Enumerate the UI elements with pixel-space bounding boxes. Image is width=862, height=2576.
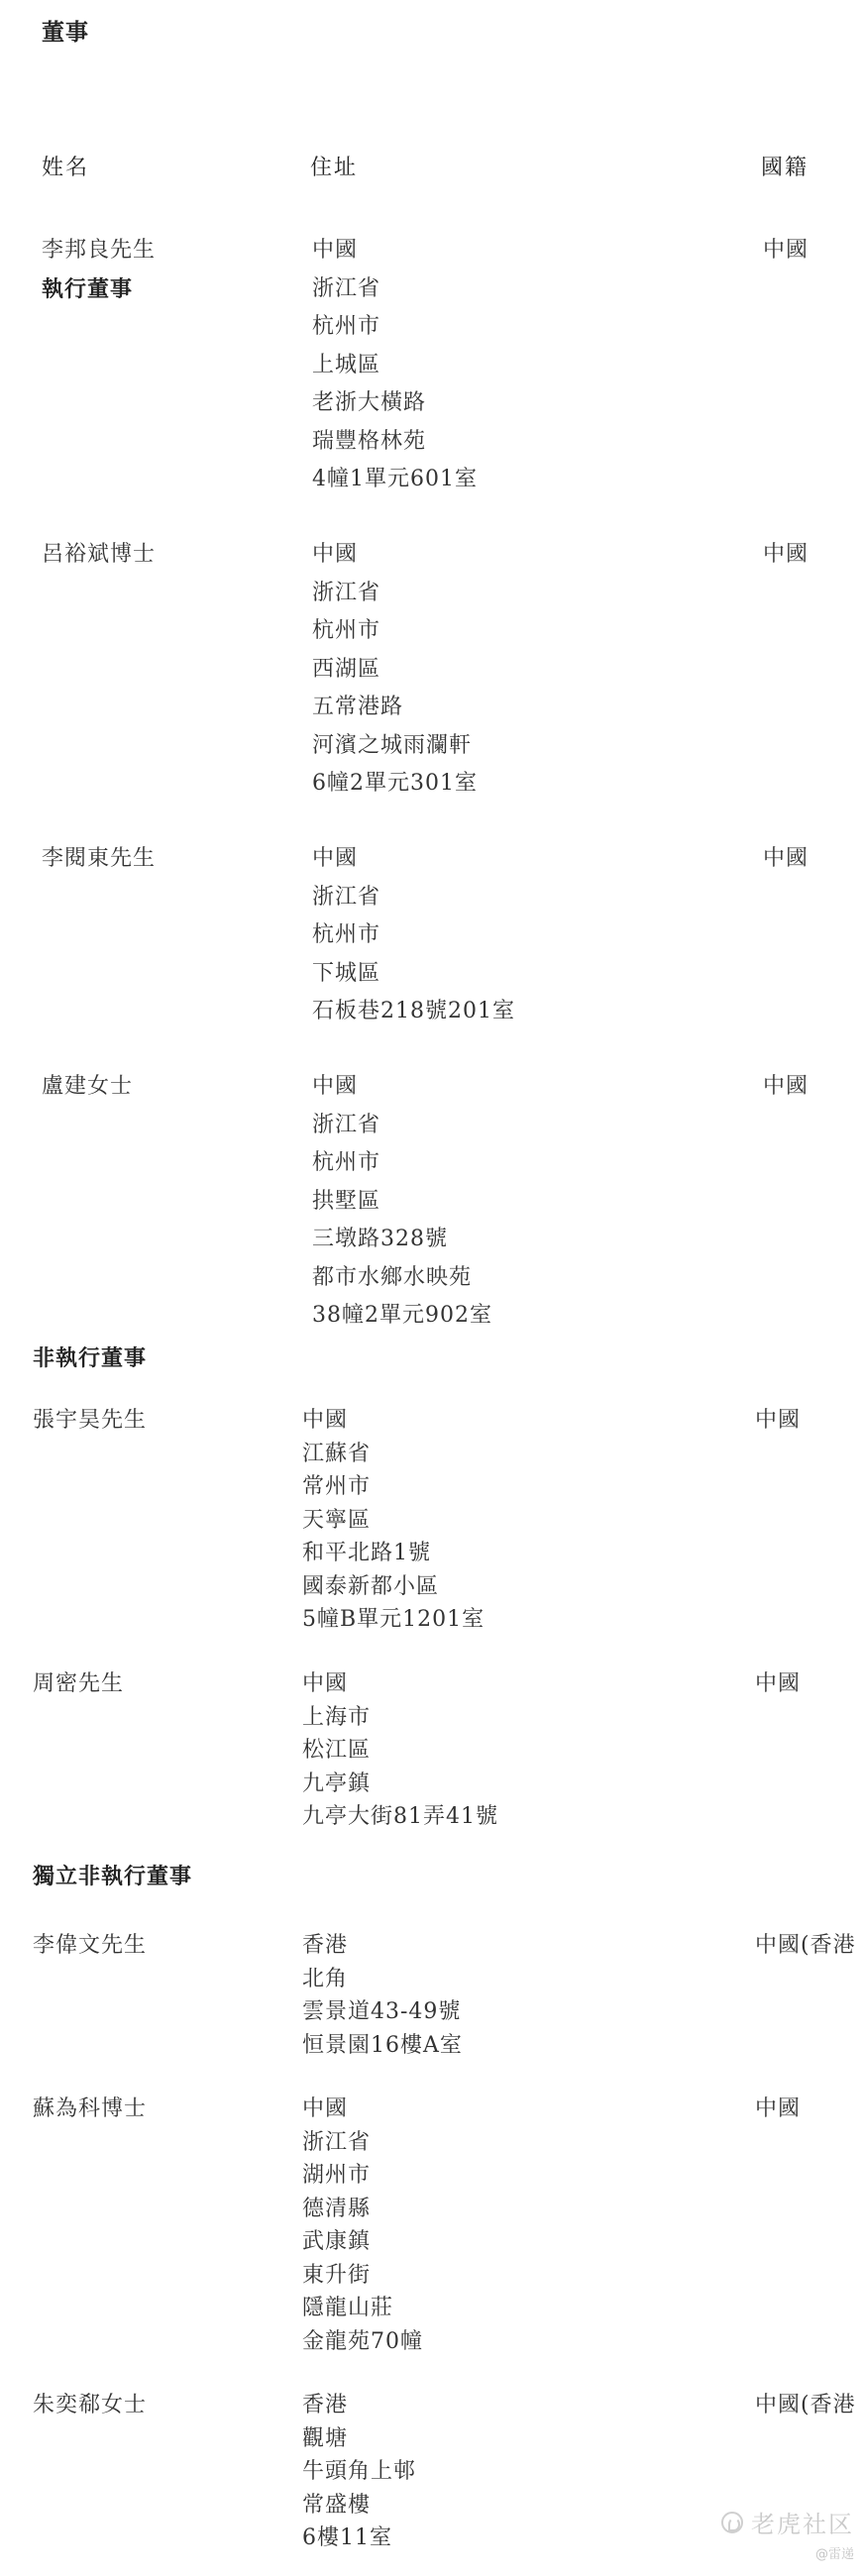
address-line: 五常港路 — [312, 689, 478, 727]
director-address: 中國 浙江省 杭州市 上城區 老浙大橫路 瑞豐格林苑 4幢1單元601室 — [312, 232, 478, 499]
address-line: 北角 — [302, 1963, 463, 1996]
director-name: 周密先生 — [33, 1667, 124, 1701]
address-line: 中國 — [312, 840, 515, 879]
address-line: 國泰新都小區 — [302, 1570, 485, 1604]
address-line: 浙江省 — [312, 1107, 492, 1145]
page-title: 董事 — [42, 14, 89, 47]
director-name: 李邦良先生 — [42, 232, 156, 270]
watermark-brand: 老虎社区 — [751, 2505, 854, 2539]
column-header-nationality: 國籍 — [761, 151, 808, 181]
address-line: 中國 — [312, 232, 478, 270]
tiger-community-logo-icon — [721, 2512, 743, 2533]
address-line: 天寧區 — [302, 1504, 485, 1538]
director-address: 中國 浙江省 湖州市 德清縣 武康鎮 東升街 隱龍山莊 金龍苑70幢 — [302, 2093, 423, 2358]
director-address: 中國 浙江省 杭州市 西湖區 五常港路 河濱之城雨瀾軒 6幢2單元301室 — [312, 536, 478, 804]
director-address: 中國 上海市 松江區 九亭鎮 九亭大街81弄41號 — [302, 1667, 498, 1834]
watermark-logo: 老虎社区 — [721, 2505, 854, 2539]
director-address: 中國 江蘇省 常州市 天寧區 和平北路1號 國泰新都小區 5幢B單元1201室 — [302, 1404, 485, 1637]
address-line: 杭州市 — [312, 916, 515, 955]
watermark-user: @雷递 — [721, 2543, 854, 2562]
address-line: 恒景園16樓A室 — [302, 2029, 463, 2063]
section-heading-non-executive-directors: 非執行董事 — [33, 1342, 147, 1372]
address-line: 4幢1單元601室 — [312, 461, 478, 499]
director-name: 張宇昊先生 — [33, 1404, 147, 1438]
address-line: 杭州市 — [312, 612, 478, 651]
address-line: 杭州市 — [312, 308, 478, 347]
director-nationality: 中國 — [763, 232, 808, 270]
address-line: 中國 — [312, 1068, 492, 1107]
address-line: 牛頭角上邨 — [302, 2455, 416, 2489]
director-address: 香港 北角 雲景道43-49號 恒景園16樓A室 — [302, 1929, 463, 2062]
director-nationality: 中國 — [755, 2093, 801, 2126]
address-line: 雲景道43-49號 — [302, 1995, 463, 2029]
address-line: 九亭鎮 — [302, 1768, 498, 1801]
director-nationality: 中國 — [755, 1404, 801, 1438]
address-line: 杭州市 — [312, 1144, 492, 1183]
director-nationality: 中國 — [755, 1667, 801, 1701]
address-line: 金龍苑70幢 — [302, 2325, 423, 2359]
director-nationality: 中國 — [763, 840, 808, 879]
address-line: 中國 — [302, 1404, 485, 1438]
address-line: 6樓11室 — [302, 2522, 416, 2555]
address-line: 湖州市 — [302, 2159, 423, 2193]
address-line: 江蘇省 — [302, 1438, 485, 1471]
address-line: 西湖區 — [312, 651, 478, 690]
column-header-name: 姓名 — [42, 151, 89, 181]
address-line: 中國 — [302, 1667, 498, 1701]
address-line: 中國 — [302, 2093, 423, 2126]
address-line: 香港 — [302, 1929, 463, 1963]
address-line: 和平北路1號 — [302, 1537, 485, 1570]
address-line: 5幢B單元1201室 — [302, 1603, 485, 1637]
address-line: 6幢2單元301室 — [312, 765, 478, 804]
director-name: 李偉文先生 — [33, 1929, 147, 1963]
director-name: 盧建女士 — [42, 1068, 133, 1107]
address-line: 浙江省 — [312, 575, 478, 613]
director-name: 呂裕斌博士 — [42, 536, 156, 575]
director-nationality: 中國(香港 — [755, 2389, 856, 2422]
address-line: 上城區 — [312, 347, 478, 385]
directors-page: 董事 姓名 住址 國籍 執行董事 李邦良先生 中國 浙江省 杭州市 上城區 老浙… — [0, 0, 862, 2576]
address-line: 拱墅區 — [312, 1183, 492, 1222]
address-line: 下城區 — [312, 955, 515, 994]
address-line: 九亭大街81弄41號 — [302, 1800, 498, 1834]
director-address: 中國 浙江省 杭州市 下城區 石板巷218號201室 — [312, 840, 515, 1031]
director-nationality: 中國 — [763, 1068, 808, 1107]
address-line: 浙江省 — [302, 2126, 423, 2160]
address-line: 常盛樓 — [302, 2489, 416, 2522]
address-line: 上海市 — [302, 1701, 498, 1735]
address-line: 觀塘 — [302, 2422, 416, 2456]
address-line: 瑞豐格林苑 — [312, 423, 478, 462]
address-line: 常州市 — [302, 1470, 485, 1504]
address-line: 香港 — [302, 2389, 416, 2422]
director-nationality: 中國(香港 — [755, 1929, 856, 1963]
director-address: 中國 浙江省 杭州市 拱墅區 三墩路328號 都市水鄉水映苑 38幢2單元902… — [312, 1068, 492, 1336]
address-line: 石板巷218號201室 — [312, 993, 515, 1031]
address-line: 東升街 — [302, 2259, 423, 2293]
address-line: 浙江省 — [312, 270, 478, 309]
address-line: 松江區 — [302, 1734, 498, 1768]
section-heading-independent-non-executive-directors: 獨立非執行董事 — [33, 1860, 192, 1890]
address-line: 都市水鄉水映苑 — [312, 1259, 492, 1298]
address-line: 浙江省 — [312, 879, 515, 917]
director-name: 朱奕郗女士 — [33, 2389, 147, 2422]
address-line: 38幢2單元902室 — [312, 1297, 492, 1336]
director-nationality: 中國 — [763, 536, 808, 575]
column-header-address: 住址 — [310, 151, 358, 181]
director-address: 香港 觀塘 牛頭角上邨 常盛樓 6樓11室 — [302, 2389, 416, 2555]
address-line: 德清縣 — [302, 2193, 423, 2226]
address-line: 河濱之城雨瀾軒 — [312, 727, 478, 766]
address-line: 老浙大橫路 — [312, 384, 478, 423]
address-line: 三墩路328號 — [312, 1221, 492, 1259]
address-line: 中國 — [312, 536, 478, 575]
watermark: 老虎社区 @雷递 — [721, 2505, 854, 2562]
address-line: 武康鎮 — [302, 2225, 423, 2259]
director-name: 李閱東先生 — [42, 840, 156, 879]
director-name: 蘇為科博士 — [33, 2093, 147, 2126]
section-heading-executive-directors: 執行董事 — [42, 272, 133, 303]
address-line: 隱龍山莊 — [302, 2292, 423, 2325]
